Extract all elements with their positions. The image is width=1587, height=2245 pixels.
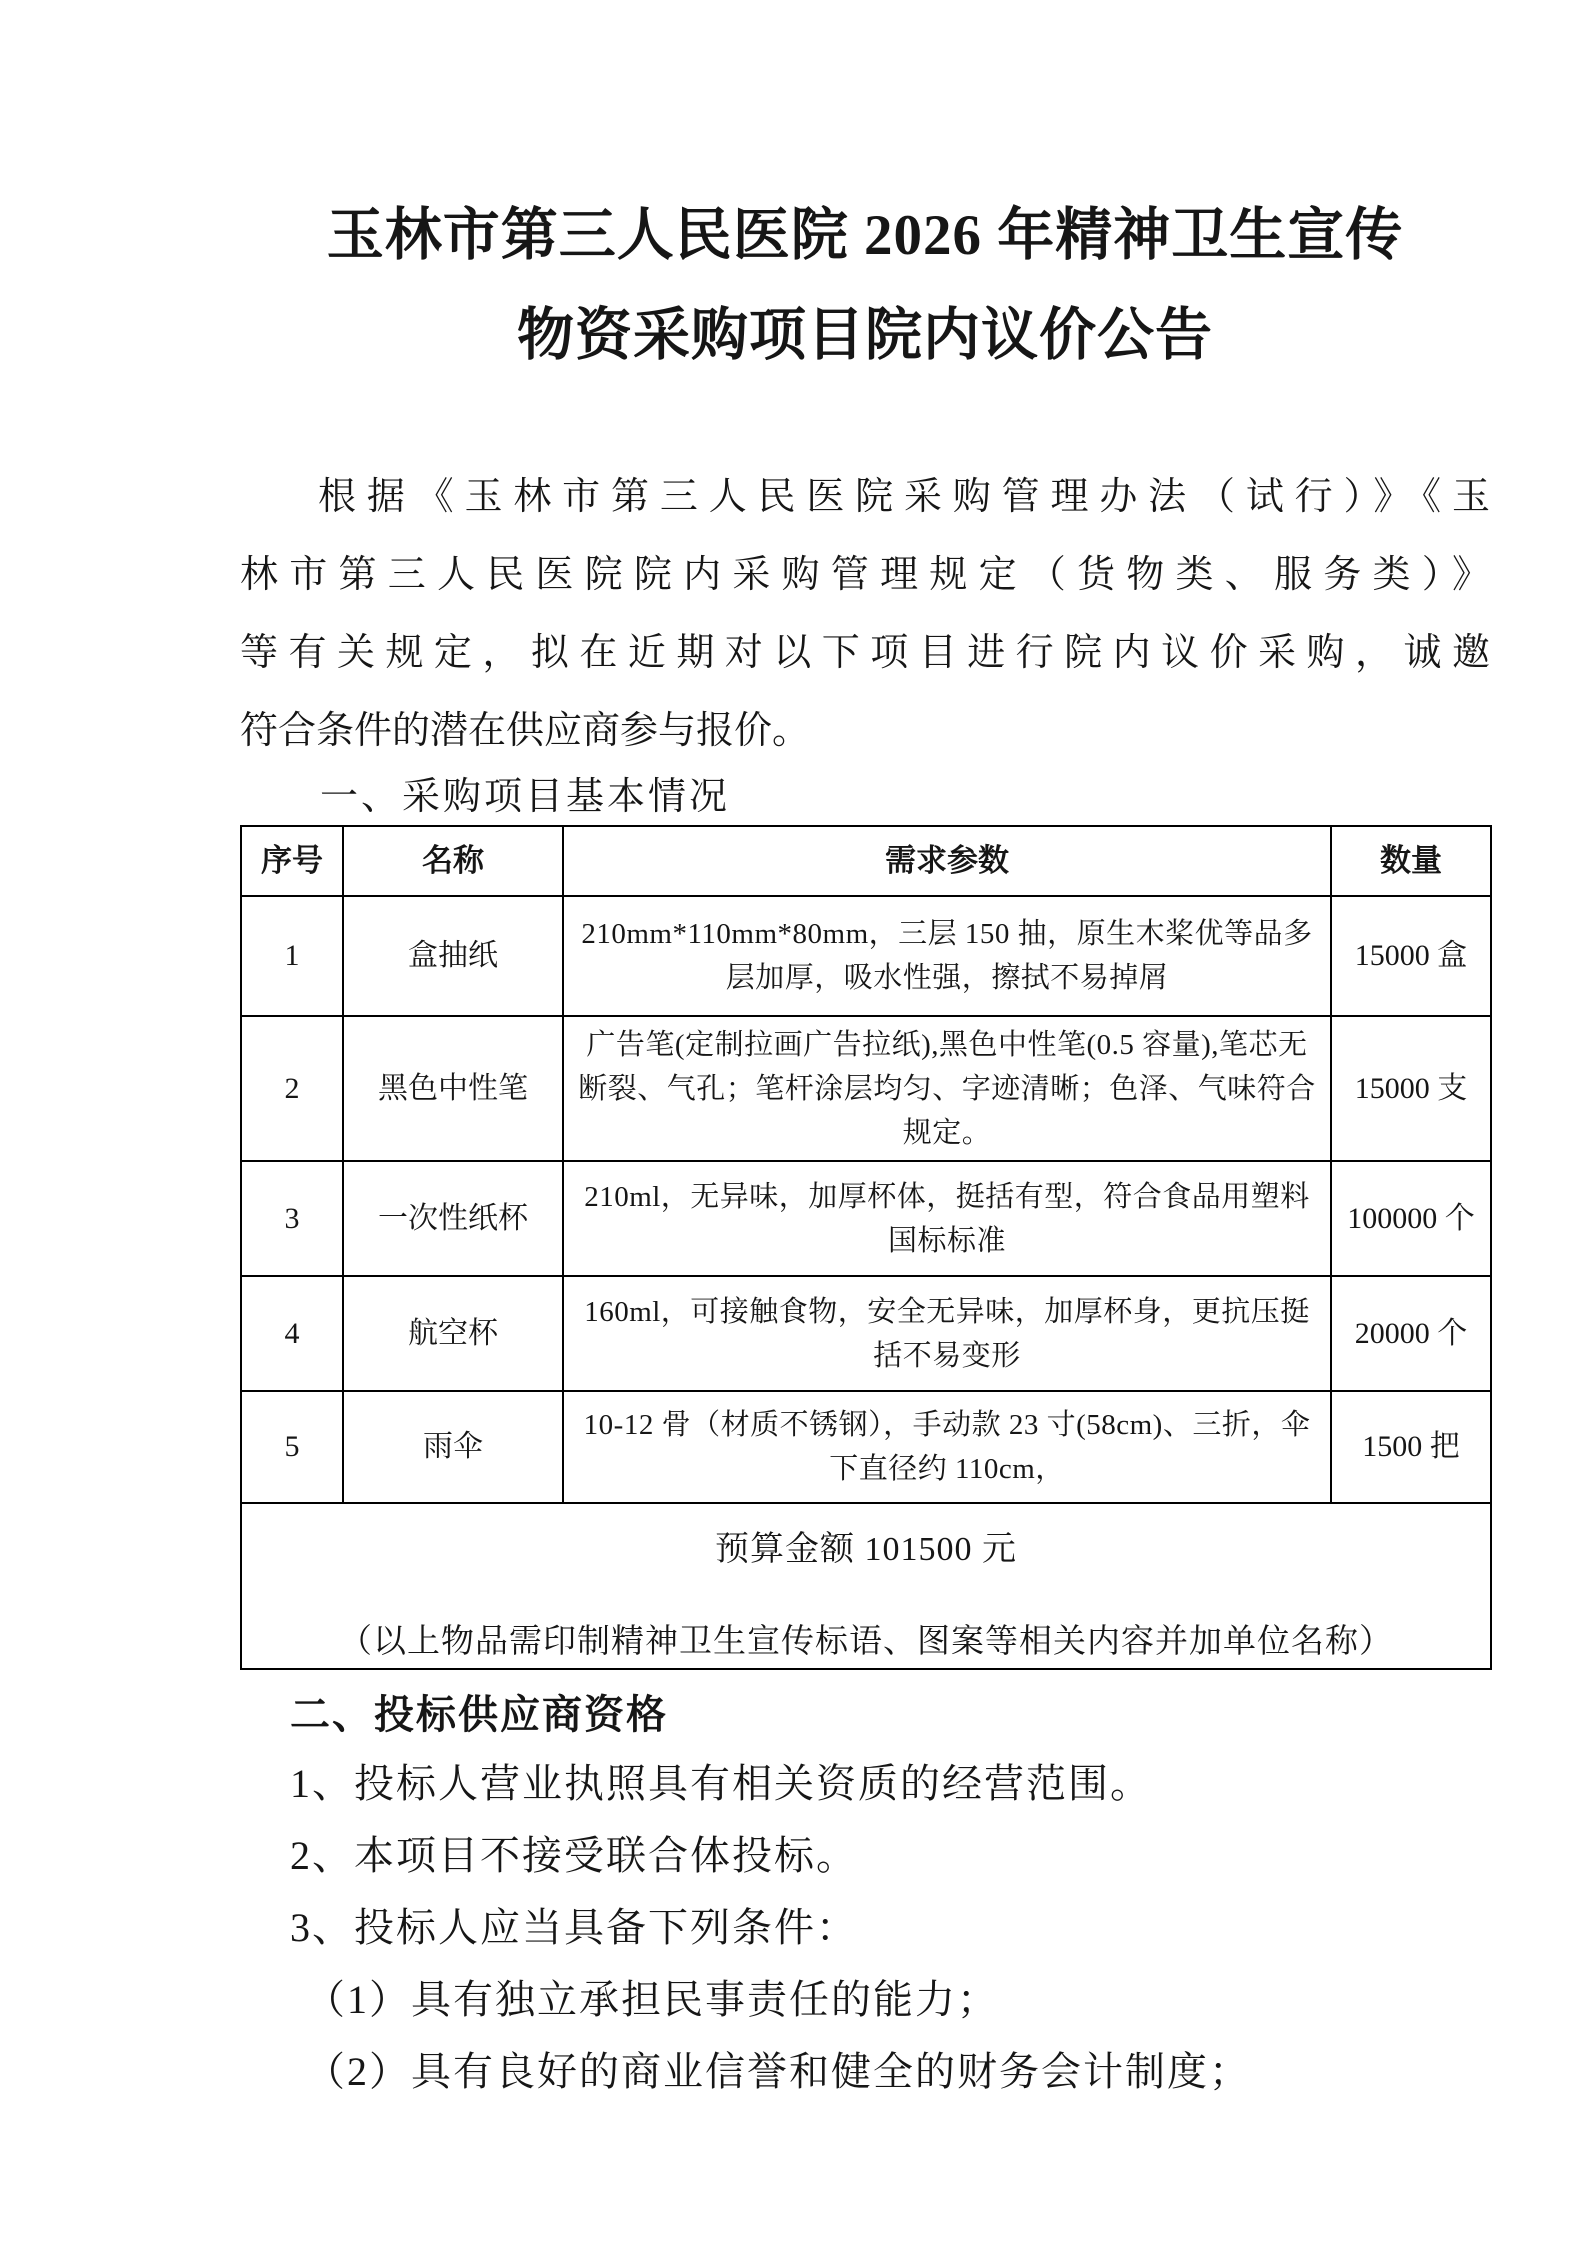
cell-no: 5 xyxy=(241,1391,343,1503)
printing-note: （以上物品需印制精神卫生宣传标语、图案等相关内容并加单位名称） xyxy=(252,1620,1480,1664)
cell-name: 一次性纸杯 xyxy=(343,1161,563,1276)
col-header-param: 需求参数 xyxy=(563,826,1331,896)
requirement-item-2: 2、本项目不接受联合体投标。 xyxy=(240,1820,1490,1892)
table-row: 3 一次性纸杯 210ml，无异味，加厚杯体，挺括有型，符合食品用塑料国标标准 … xyxy=(241,1161,1491,1276)
col-header-qty: 数量 xyxy=(1331,826,1491,896)
table-row: 4 航空杯 160ml，可接触食物，安全无异味，加厚杯身，更抗压挺括不易变形 2… xyxy=(241,1276,1491,1391)
budget-amount: 预算金额 101500 元 xyxy=(252,1528,1480,1572)
cell-qty: 100000 个 xyxy=(1331,1161,1491,1276)
cell-name: 航空杯 xyxy=(343,1276,563,1391)
requirement-subitem-2: （2）具有良好的商业信誉和健全的财务会计制度； xyxy=(240,2036,1490,2108)
requirement-item-1: 1、投标人营业执照具有相关资质的经营范围。 xyxy=(240,1748,1490,1820)
supplier-requirements-list: 1、投标人营业执照具有相关资质的经营范围。 2、本项目不接受联合体投标。 3、投… xyxy=(240,1748,1490,2108)
document-title: 玉林市第三人民医院 2026 年精神卫生宣传 物资采购项目院内议价公告 xyxy=(240,186,1490,386)
intro-line-2: 林市第三人民医院院内采购管理规定（货物类、服务类）》 xyxy=(240,536,1490,614)
document-title-line2: 物资采购项目院内议价公告 xyxy=(240,286,1490,386)
intro-line-4: 符合条件的潜在供应商参与报价。 xyxy=(240,692,1490,770)
intro-line-1: 根据《玉林市第三人民医院采购管理办法（试行）》《玉 xyxy=(240,458,1490,536)
col-header-no: 序号 xyxy=(241,826,343,896)
intro-line-3: 等有关规定，拟在近期对以下项目进行院内议价采购，诚邀 xyxy=(240,614,1490,692)
table-row: 2 黑色中性笔 广告笔(定制拉画广告拉纸),黑色中性笔(0.5 容量),笔芯无断… xyxy=(241,1016,1491,1161)
section2-heading: 二、投标供应商资格 xyxy=(240,1692,1490,1738)
cell-no: 4 xyxy=(241,1276,343,1391)
cell-param: 广告笔(定制拉画广告拉纸),黑色中性笔(0.5 容量),笔芯无断裂、气孔；笔杆涂… xyxy=(563,1016,1331,1161)
document-page: 玉林市第三人民医院 2026 年精神卫生宣传 物资采购项目院内议价公告 根据《玉… xyxy=(0,0,1587,2245)
col-header-name: 名称 xyxy=(343,826,563,896)
table-summary-row: 预算金额 101500 元 （以上物品需印制精神卫生宣传标语、图案等相关内容并加… xyxy=(241,1503,1491,1669)
cell-no: 2 xyxy=(241,1016,343,1161)
cell-no: 1 xyxy=(241,896,343,1016)
cell-name: 盒抽纸 xyxy=(343,896,563,1016)
requirement-subitem-1: （1）具有独立承担民事责任的能力； xyxy=(240,1964,1490,2036)
table-row: 1 盒抽纸 210mm*110mm*80mm，三层 150 抽，原生木桨优等品多… xyxy=(241,896,1491,1016)
cell-qty: 1500 把 xyxy=(1331,1391,1491,1503)
cell-name: 雨伞 xyxy=(343,1391,563,1503)
table-row: 5 雨伞 10-12 骨（材质不锈钢），手动款 23 寸(58cm)、三折，伞下… xyxy=(241,1391,1491,1503)
cell-param: 210mm*110mm*80mm，三层 150 抽，原生木桨优等品多层加厚，吸水… xyxy=(563,896,1331,1016)
cell-name: 黑色中性笔 xyxy=(343,1016,563,1161)
cell-qty: 15000 支 xyxy=(1331,1016,1491,1161)
cell-qty: 20000 个 xyxy=(1331,1276,1491,1391)
section1-heading: 一、采购项目基本情况 xyxy=(240,775,1490,819)
cell-param: 210ml，无异味，加厚杯体，挺括有型，符合食品用塑料国标标准 xyxy=(563,1161,1331,1276)
document-content: 玉林市第三人民医院 2026 年精神卫生宣传 物资采购项目院内议价公告 根据《玉… xyxy=(240,186,1490,2108)
cell-no: 3 xyxy=(241,1161,343,1276)
document-title-line1: 玉林市第三人民医院 2026 年精神卫生宣传 xyxy=(240,186,1490,286)
cell-qty: 15000 盒 xyxy=(1331,896,1491,1016)
requirement-item-3: 3、投标人应当具备下列条件： xyxy=(240,1892,1490,1964)
table-header-row: 序号 名称 需求参数 数量 xyxy=(241,826,1491,896)
intro-paragraph: 根据《玉林市第三人民医院采购管理办法（试行）》《玉 林市第三人民医院院内采购管理… xyxy=(240,458,1490,770)
procurement-table: 序号 名称 需求参数 数量 1 盒抽纸 210mm*110mm*80mm，三层 … xyxy=(240,825,1492,1670)
table-summary-cell: 预算金额 101500 元 （以上物品需印制精神卫生宣传标语、图案等相关内容并加… xyxy=(241,1503,1491,1669)
cell-param: 160ml，可接触食物，安全无异味，加厚杯身，更抗压挺括不易变形 xyxy=(563,1276,1331,1391)
cell-param: 10-12 骨（材质不锈钢），手动款 23 寸(58cm)、三折，伞下直径约 1… xyxy=(563,1391,1331,1503)
